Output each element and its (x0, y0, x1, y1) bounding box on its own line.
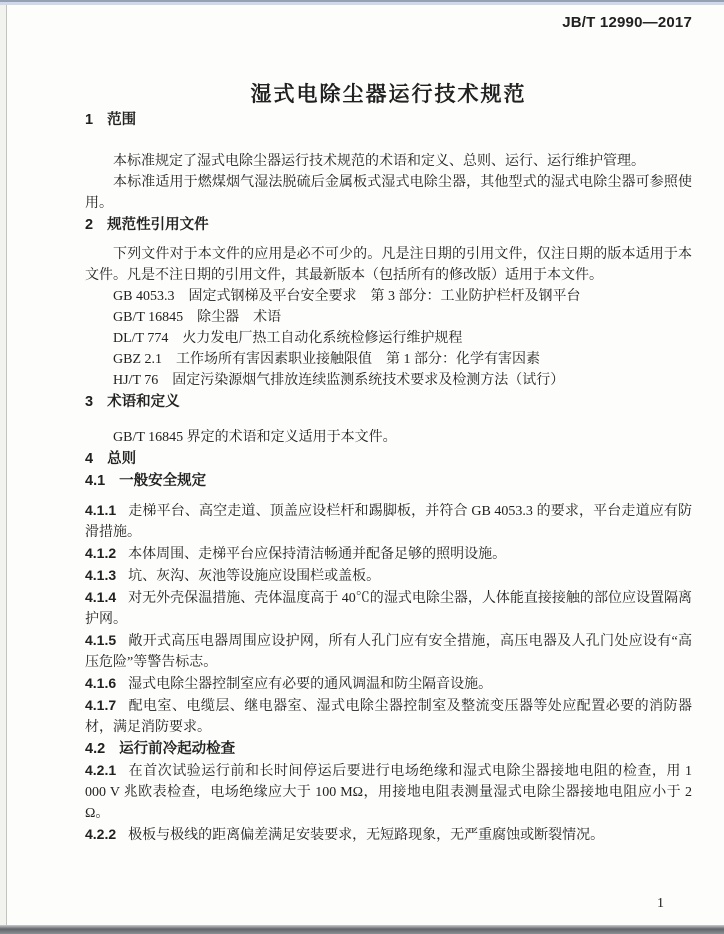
clause-text: 配电室、电缆层、继电器室、湿式电除尘器控制室及整流变压器等处应配置必要的消防器材… (85, 699, 692, 735)
clause-number: 4.1.7 (85, 697, 116, 713)
section-4-title: 总则 (107, 451, 136, 467)
clause-text: 湿式电除尘器控制室应有必要的通风调温和防尘隔音设施。 (128, 677, 492, 692)
reference-item: GB/T 16845 除尘器 术语 (85, 307, 692, 328)
clause-4-1-7: 4.1.7配电室、电缆层、继电器室、湿式电除尘器控制室及整流变压器等处应配置必要… (85, 695, 692, 738)
clause-number: 4.1.2 (85, 545, 116, 561)
clause-text: 走梯平台、高空走道、顶盖应设栏杆和踢脚板，并符合 GB 4053.3 的要求，平… (85, 504, 692, 540)
section-1-paragraph-1: 本标准规定了湿式电除尘器运行技术规范的术语和定义、总则、运行、运行维护管理。 (85, 151, 692, 172)
section-2-number: 2 (85, 217, 93, 233)
clause-4-1-4: 4.1.4对无外壳保温措施、壳体温度高于 40℃的湿式电除尘器，人体能直接接触的… (85, 587, 692, 630)
reference-item: HJ/T 76 固定污染源烟气排放连续监测系统技术要求及检测方法（试行） (85, 370, 692, 391)
scan-edge-bottom (0, 925, 724, 934)
section-2-paragraph-1: 下列文件对于本文件的应用是必不可少的。凡是注日期的引用文件，仅注日期的版本适用于… (85, 244, 692, 286)
clause-4-1-1: 4.1.1走梯平台、高空走道、顶盖应设栏杆和踢脚板，并符合 GB 4053.3 … (85, 500, 692, 543)
clause-number: 4.2.1 (85, 762, 116, 778)
section-1-heading: 1范围 (85, 109, 692, 131)
clause-text: 在首次试验运行前和长时间停运后要进行电场绝缘和湿式电除尘器接地电阻的检查，用 1… (85, 764, 692, 821)
section-4-1-title: 一般安全规定 (119, 473, 206, 489)
document-page: JB/T 12990—2017 湿式电除尘器运行技术规范 1范围 本标准规定了湿… (0, 0, 724, 934)
section-1-number: 1 (85, 112, 93, 128)
reference-item: DL/T 774 火力发电厂热工自动化系统检修运行维护规程 (85, 328, 692, 349)
section-3-title: 术语和定义 (107, 394, 180, 410)
section-4-2-heading: 4.2运行前冷起动检查 (85, 738, 692, 760)
clause-4-2-1: 4.2.1在首次试验运行前和长时间停运后要进行电场绝缘和湿式电除尘器接地电阻的检… (85, 760, 692, 824)
clause-text: 极板与极线的距离偏差满足安装要求，无短路现象，无严重腐蚀或断裂情况。 (128, 828, 604, 843)
section-2-heading: 2规范性引用文件 (85, 214, 692, 236)
section-3-heading: 3术语和定义 (85, 391, 692, 413)
clause-text: 本体周围、走梯平台应保持清洁畅通并配备足够的照明设施。 (128, 547, 506, 562)
clause-text: 坑、灰沟、灰池等设施应设围栏或盖板。 (128, 569, 380, 584)
page-header: JB/T 12990—2017 (85, 13, 692, 33)
section-2-title: 规范性引用文件 (107, 217, 209, 233)
section-4-heading: 4总则 (85, 448, 692, 470)
section-1-paragraph-2: 本标准适用于燃煤烟气湿法脱硫后金属板式湿式电除尘器，其他型式的湿式电除尘器可参照… (85, 172, 692, 214)
section-4-number: 4 (85, 451, 93, 467)
clause-4-1-6: 4.1.6湿式电除尘器控制室应有必要的通风调温和防尘隔音设施。 (85, 673, 692, 695)
page-content: JB/T 12990—2017 湿式电除尘器运行技术规范 1范围 本标准规定了湿… (0, 0, 724, 846)
clause-4-2-2: 4.2.2极板与极线的距离偏差满足安装要求，无短路现象，无严重腐蚀或断裂情况。 (85, 824, 692, 846)
clause-number: 4.1.1 (85, 502, 116, 518)
clause-number: 4.1.5 (85, 632, 116, 648)
clause-number: 4.1.4 (85, 589, 116, 605)
clause-number: 4.1.3 (85, 567, 116, 583)
section-4-1-number: 4.1 (85, 473, 105, 489)
clause-4-1-5: 4.1.5敞开式高压电器周围应设护网，所有人孔门应有安全措施，高压电器及人孔门处… (85, 630, 692, 673)
page-number: 1 (657, 894, 664, 914)
section-3-paragraph-1: GB/T 16845 界定的术语和定义适用于本文件。 (85, 427, 692, 448)
clause-4-1-3: 4.1.3坑、灰沟、灰池等设施应设围栏或盖板。 (85, 565, 692, 587)
standard-code: JB/T 12990—2017 (562, 14, 692, 31)
clause-text: 对无外壳保温措施、壳体温度高于 40℃的湿式电除尘器，人体能直接接触的部位应设置… (85, 591, 692, 627)
clause-4-1-2: 4.1.2本体周围、走梯平台应保持清洁畅通并配备足够的照明设施。 (85, 543, 692, 565)
clause-text: 敞开式高压电器周围应设护网，所有人孔门应有安全措施，高压电器及人孔门处应设有“高… (85, 634, 692, 670)
section-4-2-title: 运行前冷起动检查 (119, 741, 235, 757)
section-4-1-heading: 4.1一般安全规定 (85, 470, 692, 492)
section-4-2-number: 4.2 (85, 741, 105, 757)
clause-number: 4.1.6 (85, 675, 116, 691)
section-1-title: 范围 (107, 112, 136, 128)
document-title: 湿式电除尘器运行技术规范 (85, 79, 692, 109)
clause-number: 4.2.2 (85, 826, 116, 842)
reference-item: GB 4053.3 固定式钢梯及平台安全要求 第 3 部分：工业防护栏杆及钢平台 (85, 286, 692, 307)
reference-item: GBZ 2.1 工作场所有害因素职业接触限值 第 1 部分：化学有害因素 (85, 349, 692, 370)
section-3-number: 3 (85, 394, 93, 410)
